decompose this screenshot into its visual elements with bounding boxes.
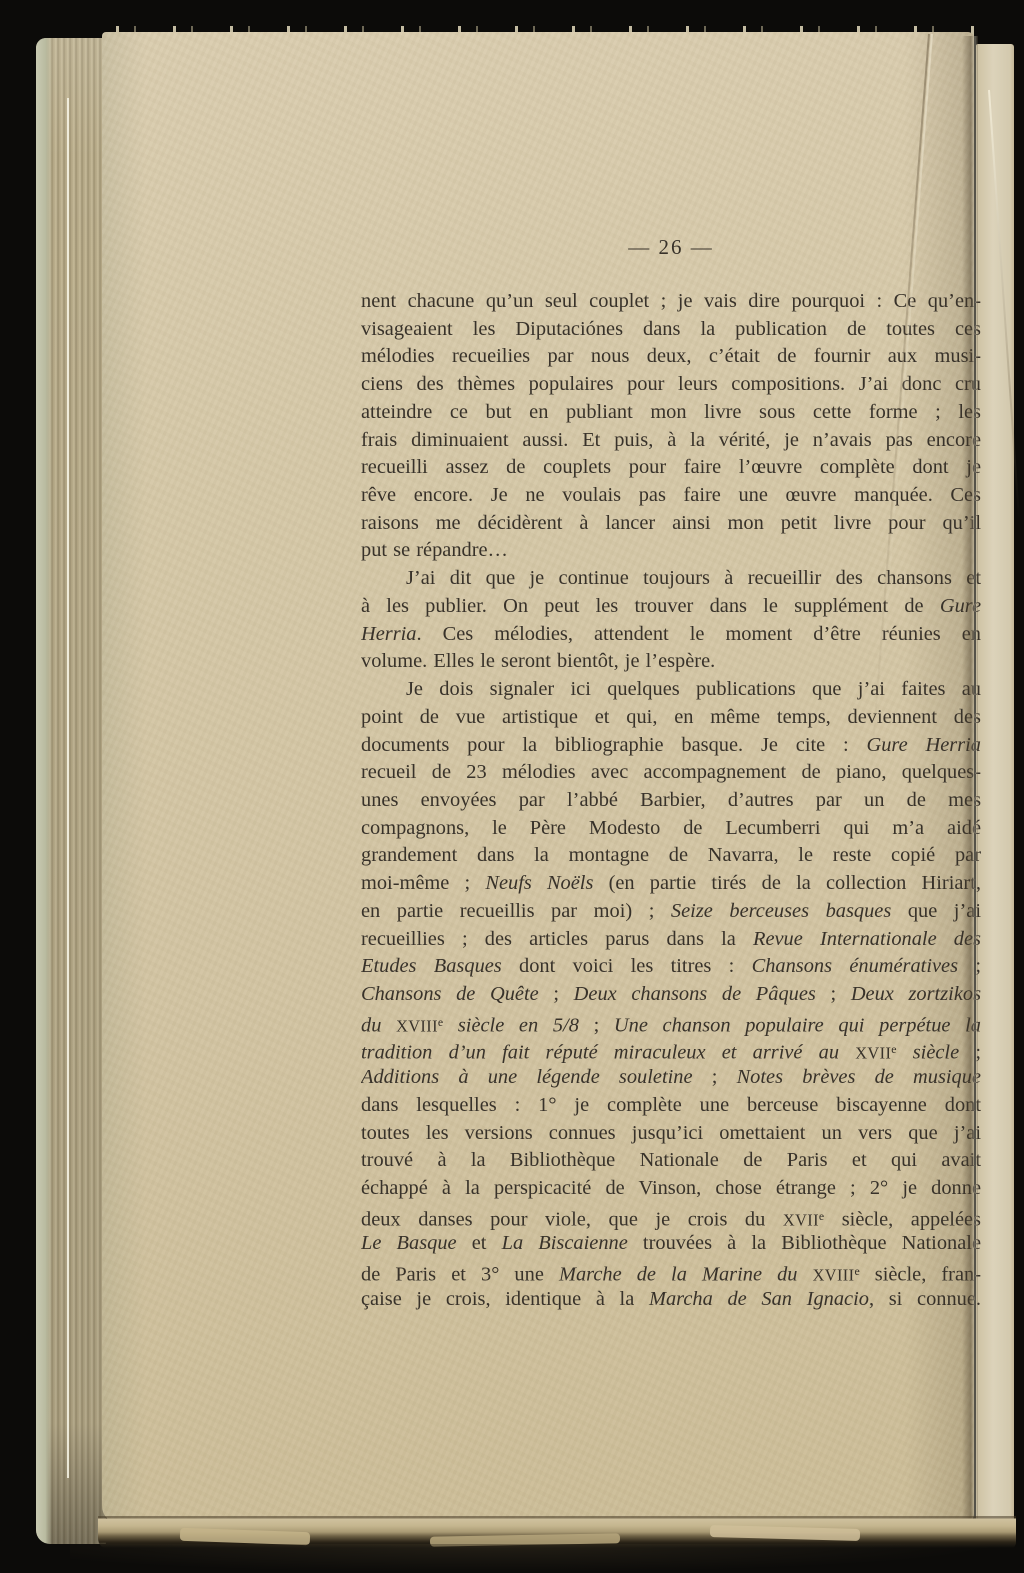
- text-line: échappé à la perspicacité de Vinson, cho…: [361, 1175, 981, 1203]
- text-segment-italic: siècle en 5/8: [443, 1014, 579, 1036]
- text-segment-italic: Deux chansons de Pâques: [574, 983, 816, 1005]
- fore-edge-tint: [36, 38, 52, 1544]
- text-segment: nent chacune qu’un seul couplet ; je vai…: [361, 290, 981, 312]
- body-text: nent chacune qu’un seul couplet ; je vai…: [361, 288, 981, 1314]
- text-line: nent chacune qu’un seul couplet ; je vai…: [361, 288, 981, 316]
- text-segment-italic: La Biscaienne: [502, 1232, 628, 1254]
- underlying-page-edge: [976, 44, 1014, 1536]
- text-segment: toutes les versions connues jusqu’ici om…: [361, 1122, 981, 1144]
- text-segment: et: [457, 1232, 502, 1254]
- text-segment: grandement dans la montagne de Navarra, …: [361, 844, 981, 866]
- text-segment-italic: Marcha de San Ignacio: [649, 1288, 869, 1310]
- text-line: trouvé à la Bibliothèque Nationale de Pa…: [361, 1147, 981, 1175]
- text-segment: J’ai dit que je continue toujours à recu…: [406, 567, 981, 589]
- text-line: recueil de 23 mélodies avec accompagneme…: [361, 759, 981, 787]
- text-segment-italic: tradition d’un fait réputé miraculeux et…: [361, 1042, 855, 1064]
- text-segment: recueil de 23 mélodies avec accompagneme…: [361, 761, 981, 783]
- text-line: dans lesquelles : 1° je complète une ber…: [361, 1092, 981, 1120]
- text-segment: volume. Elles le seront bientôt, je l’es…: [361, 650, 715, 672]
- text-segment-italic: Herria: [361, 623, 417, 645]
- text-segment: dont voici les titres :: [502, 955, 752, 977]
- text-segment: échappé à la perspicacité de Vinson, cho…: [361, 1177, 981, 1199]
- text-segment: Je dois signaler ici quelques publicatio…: [406, 678, 981, 700]
- text-line: ciens des thèmes populaires pour leurs c…: [361, 371, 981, 399]
- text-line: Chansons de Quête ; Deux chansons de Pâq…: [361, 981, 981, 1009]
- text-segment-italic: Notes brèves de musique: [737, 1066, 981, 1088]
- text-segment-italic: Chansons énumératives: [752, 955, 958, 977]
- text-segment-italic: Le Basque: [361, 1232, 457, 1254]
- text-segment: ;: [816, 983, 851, 1005]
- text-segment: recueillies ; des articles parus dans la: [361, 928, 753, 950]
- text-block: — 26 — nent chacune qu’un seul couplet ;…: [361, 232, 981, 1314]
- text-segment: ;: [539, 983, 574, 1005]
- text-segment: moi-même ;: [361, 872, 485, 894]
- text-line: de Paris et 3° une Marche de la Marine d…: [361, 1258, 981, 1286]
- text-segment: ;: [693, 1066, 737, 1088]
- text-line: Etudes Basques dont voici les titres : C…: [361, 953, 981, 981]
- text-line: Herria. Ces mélodies, attendent le momen…: [361, 621, 981, 649]
- text-segment: point de vue artistique et qui, en même …: [361, 706, 981, 728]
- text-line: volume. Elles le seront bientôt, je l’es…: [361, 648, 981, 676]
- text-segment-smallcaps: XVII: [783, 1210, 819, 1229]
- text-segment: . Ces mélodies, attendent le moment d’êt…: [417, 623, 981, 645]
- text-segment: siècle, appelées: [824, 1208, 981, 1230]
- text-segment: en partie recueillis par moi) ;: [361, 900, 671, 922]
- text-segment: frais diminuaient aussi. Et puis, à la v…: [361, 429, 981, 451]
- text-segment: trouvées à la Bibliothèque Nationale: [628, 1232, 981, 1254]
- text-line: en partie recueillis par moi) ; Seize be…: [361, 898, 981, 926]
- text-segment-italic: Chansons de Quête: [361, 983, 539, 1005]
- text-line: Additions à une légende souletine ; Note…: [361, 1064, 981, 1092]
- page-edge-groove: [962, 36, 978, 1528]
- text-line: point de vue artistique et qui, en même …: [361, 704, 981, 732]
- text-segment: à les publier. On peut les trouver dans …: [361, 595, 940, 617]
- page-number: — 26 —: [361, 232, 981, 262]
- text-segment: unes envoyées par l’abbé Barbier, d’autr…: [361, 789, 981, 811]
- text-line: moi-même ; Neufs Noëls (en partie tirés …: [361, 870, 981, 898]
- page-bottom-shadow: [70, 1544, 1000, 1573]
- text-segment: dans lesquelles : 1° je complète une ber…: [361, 1094, 981, 1116]
- text-segment: visageaient les Diputaciónes dans la pub…: [361, 318, 981, 340]
- text-segment-italic: Une chanson populaire qui perpétue la: [614, 1014, 981, 1036]
- text-line: tradition d’un fait réputé miraculeux et…: [361, 1036, 981, 1064]
- text-line: Je dois signaler ici quelques publicatio…: [361, 676, 981, 704]
- text-segment-italic: Revue Internationale des: [753, 928, 981, 950]
- text-segment: put se répandre…: [361, 539, 508, 561]
- text-segment-italic: siècle: [897, 1042, 960, 1064]
- text-line: du XVIIIe siècle en 5/8 ; Une chanson po…: [361, 1009, 981, 1037]
- text-segment-smallcaps: XVIII: [396, 1016, 438, 1035]
- text-segment-smallcaps: XVII: [855, 1044, 891, 1063]
- text-segment: ;: [579, 1014, 614, 1036]
- text-line: grandement dans la montagne de Navarra, …: [361, 842, 981, 870]
- text-segment-italic: Etudes Basques: [361, 955, 502, 977]
- text-segment: mélodies recueilies par nous deux, c’éta…: [361, 345, 981, 367]
- text-segment: recueilli assez de couplets pour faire l…: [361, 456, 981, 478]
- text-line: unes envoyées par l’abbé Barbier, d’autr…: [361, 787, 981, 815]
- text-line: visageaient les Diputaciónes dans la pub…: [361, 316, 981, 344]
- text-segment-italic: Neufs Noëls: [485, 872, 593, 894]
- text-line: mélodies recueilies par nous deux, c’éta…: [361, 343, 981, 371]
- text-line: recueillies ; des articles parus dans la…: [361, 926, 981, 954]
- text-segment-italic: du: [361, 1014, 396, 1036]
- text-line: deux danses pour viole, que je crois du …: [361, 1203, 981, 1231]
- fore-edge-highlight: [67, 98, 69, 1478]
- text-line: çaise je crois, identique à la Marcha de…: [361, 1286, 981, 1314]
- text-segment-italic: Marche de la Marine du: [559, 1263, 813, 1285]
- text-line: toutes les versions connues jusqu’ici om…: [361, 1120, 981, 1148]
- text-segment-smallcaps: XVIII: [813, 1265, 855, 1284]
- text-line: atteindre ce but en publiant mon livre s…: [361, 399, 981, 427]
- text-segment: atteindre ce but en publiant mon livre s…: [361, 401, 981, 423]
- text-segment-italic: Seize berceuses basques: [671, 900, 891, 922]
- text-segment: (en partie tirés de la collection Hiriar…: [593, 872, 981, 894]
- text-segment: ciens des thèmes populaires pour leurs c…: [361, 373, 981, 395]
- text-line: rêve encore. Je ne voulais pas faire une…: [361, 482, 981, 510]
- book-page: — 26 — nent chacune qu’un seul couplet ;…: [102, 32, 974, 1524]
- text-segment: compagnons, le Père Modesto de Lecumberr…: [361, 817, 981, 839]
- text-line: recueilli assez de couplets pour faire l…: [361, 454, 981, 482]
- text-segment-italic: Additions à une légende souletine: [361, 1066, 693, 1088]
- text-segment: trouvé à la Bibliothèque Nationale de Pa…: [361, 1149, 981, 1171]
- text-segment: rêve encore. Je ne voulais pas faire une…: [361, 484, 981, 506]
- text-segment: documents pour la bibliographie basque. …: [361, 734, 867, 756]
- text-line: documents pour la bibliographie basque. …: [361, 732, 981, 760]
- text-line: frais diminuaient aussi. Et puis, à la v…: [361, 427, 981, 455]
- text-line: Le Basque et La Biscaienne trouvées à la…: [361, 1230, 981, 1258]
- text-segment: deux danses pour viole, que je crois du: [361, 1208, 783, 1230]
- text-line: compagnons, le Père Modesto de Lecumberr…: [361, 815, 981, 843]
- text-segment: çaise je crois, identique à la: [361, 1288, 649, 1310]
- page-edge-stack-left: [36, 38, 106, 1544]
- text-segment: de Paris et 3° une: [361, 1263, 559, 1285]
